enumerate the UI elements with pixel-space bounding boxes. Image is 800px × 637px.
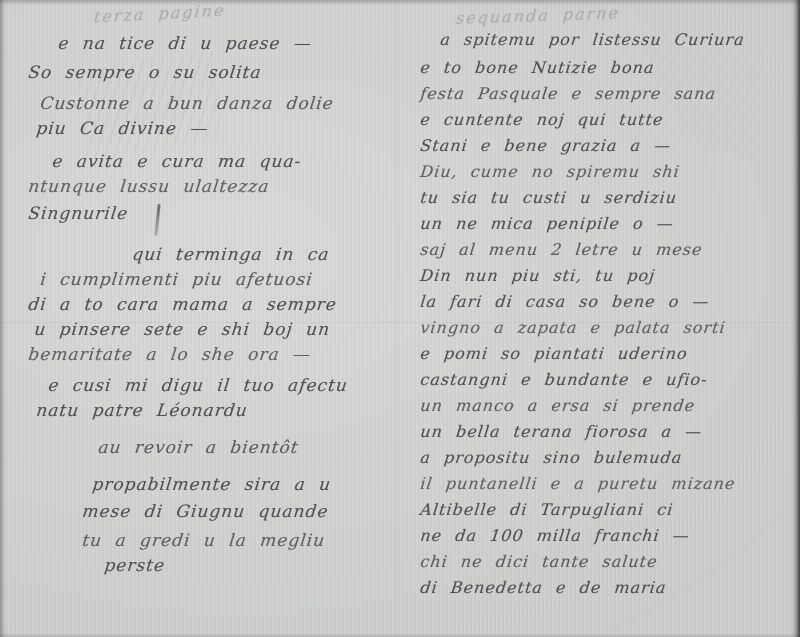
handwritten-line: piu Ca divine — bbox=[34, 119, 391, 144]
horizontal-crease bbox=[0, 74, 800, 76]
handwritten-line: a spitemu por listessu Curiura bbox=[438, 30, 789, 56]
handwritten-line: perste bbox=[102, 556, 391, 581]
pencil-annotation-right: sequanda parne bbox=[455, 3, 621, 28]
handwritten-line: festa Pasquale e sempre sana bbox=[418, 84, 789, 110]
letter-scan: terza pagine e na tice di u paese —So se… bbox=[0, 0, 800, 637]
handwritten-line: qui terminga in ca bbox=[130, 245, 391, 270]
scan-edge-top bbox=[0, 0, 800, 5]
letter-page-right: sequanda parne a spitemu por listessu Cu… bbox=[402, 0, 792, 637]
handwritten-line: Altibelle di Tarpugliani ci bbox=[418, 500, 789, 526]
handwriting-right: a spitemu por listessu Curiurae to bone … bbox=[420, 30, 788, 604]
handwritten-line: e na tice di u paese — bbox=[56, 34, 391, 59]
handwritten-line: natu patre Léonardu bbox=[34, 401, 391, 426]
handwritten-line: la fari di casa so bene o — bbox=[418, 292, 789, 318]
handwritten-line: i cumplimenti piu afetuosi bbox=[38, 270, 391, 295]
handwritten-line: un bella terana fiorosa a — bbox=[418, 422, 789, 448]
handwritten-line: e cuntente noj qui tutte bbox=[418, 110, 789, 136]
handwritten-line: propabilmente sira a u bbox=[90, 475, 391, 500]
handwritten-line: Diu, cume no spiremu shi bbox=[418, 162, 789, 188]
letter-page-left: terza pagine e na tice di u paese —So se… bbox=[8, 0, 396, 637]
handwritten-line: ne da 100 milla franchi — bbox=[418, 526, 789, 552]
handwritten-line: bemaritate a lo she ora — bbox=[26, 345, 391, 370]
handwritten-line: Singnurile bbox=[26, 204, 391, 229]
handwritten-line: Custonne a bun danza dolie bbox=[38, 94, 391, 119]
handwriting-left: e na tice di u paese —So sempre o su sol… bbox=[28, 34, 390, 581]
handwritten-line: chi ne dici tante salute bbox=[418, 552, 789, 578]
handwritten-line: di Benedetta e de maria bbox=[418, 578, 789, 604]
handwritten-line: a propositu sino bulemuda bbox=[418, 448, 789, 474]
handwritten-line: au revoir a bientôt bbox=[96, 438, 391, 463]
handwritten-line: di a to cara mama a sempre bbox=[26, 295, 391, 320]
handwritten-line: e avita e cura ma qua- bbox=[50, 152, 391, 177]
handwritten-line: Din nun piu sti, tu poj bbox=[418, 266, 789, 292]
scan-edge-right bbox=[791, 0, 800, 637]
center-fold-line bbox=[396, 0, 399, 637]
handwritten-line: e cusi mi digu il tuo afectu bbox=[46, 376, 391, 401]
horizontal-crease bbox=[0, 322, 800, 324]
handwritten-line: il puntanelli e a puretu mizane bbox=[418, 474, 789, 500]
handwritten-line: saj al menu 2 letre u mese bbox=[418, 240, 789, 266]
handwritten-line: un ne mica penipile o — bbox=[418, 214, 789, 240]
handwritten-line: e to bone Nutizie bona bbox=[418, 58, 789, 84]
handwritten-line: tu a gredi u la megliu bbox=[80, 531, 391, 556]
handwritten-line: un manco a ersa si prende bbox=[418, 396, 789, 422]
handwritten-line: tu sia tu custi u serdiziu bbox=[418, 188, 789, 214]
handwritten-line: Stani e bene grazia a — bbox=[418, 136, 789, 162]
handwritten-line: e pomi so piantati uderino bbox=[418, 344, 789, 370]
scan-edge-bottom bbox=[0, 633, 800, 637]
handwritten-line: castangni e bundante e ufio- bbox=[418, 370, 789, 396]
scan-edge-left bbox=[0, 0, 7, 637]
handwritten-line: mese di Giugnu quande bbox=[80, 502, 391, 527]
handwritten-line: ntunque lussu ulaltezza bbox=[26, 177, 391, 202]
